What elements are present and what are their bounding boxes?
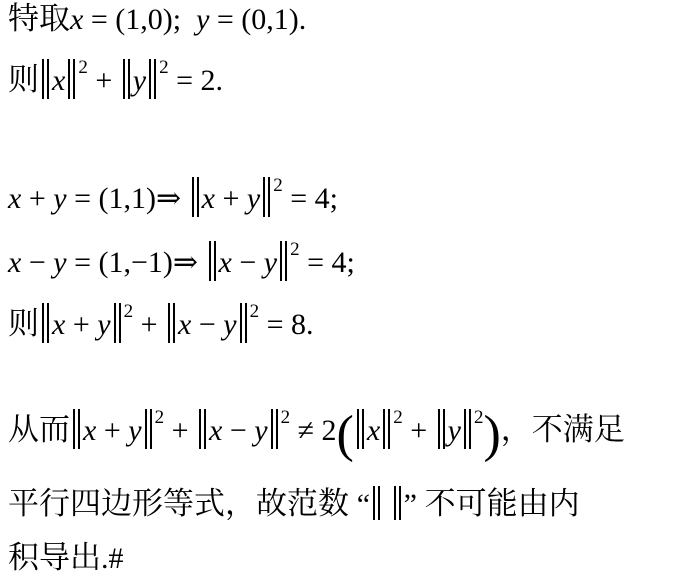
- text-segment: x: [178, 308, 191, 341]
- norm-double-bar-icon: [464, 409, 471, 449]
- text-segment: 积导出: [8, 540, 101, 575]
- formula-line-3: x + y = (1,1)⇒ x + y2 = 4;: [8, 176, 338, 217]
- text-segment: = 2.: [169, 64, 223, 97]
- text-segment: = (1,1): [67, 182, 156, 215]
- superscript: 2: [155, 407, 165, 428]
- text-segment: +: [65, 308, 97, 341]
- text-segment: = (1,−1): [67, 246, 173, 279]
- text-segment: = 4;: [300, 246, 355, 279]
- text-segment: [383, 488, 391, 521]
- text-segment: y: [133, 64, 146, 97]
- text-segment: +: [403, 414, 435, 447]
- text-segment: y: [128, 414, 141, 447]
- text-segment: x: [8, 246, 21, 279]
- norm-double-bar-icon: [168, 303, 175, 343]
- text-segment: ): [483, 406, 500, 463]
- text-segment: 则: [8, 306, 39, 341]
- norm-double-bar-icon: [123, 59, 130, 99]
- formula-line-6: 从而x + y2 + x − y2 ≠ 2(x2 + y2)，不满足: [8, 408, 625, 449]
- document-page: 特取x = (1,0); y = (0,1). 则x2 + y2 = 2. x …: [0, 0, 681, 580]
- text-segment: x: [52, 64, 65, 97]
- norm-double-bar-icon: [240, 303, 247, 343]
- norm-double-bar-icon: [42, 303, 49, 343]
- norm-double-bar-icon: [199, 409, 206, 449]
- text-segment: x: [52, 308, 65, 341]
- superscript: 2: [78, 57, 88, 78]
- text-segment: = 4;: [283, 182, 338, 215]
- text-segment: x: [209, 414, 222, 447]
- text-segment: .#: [101, 542, 124, 575]
- text-segment: −: [232, 246, 264, 279]
- text-segment: x: [70, 3, 83, 36]
- text-segment: +: [21, 182, 53, 215]
- text-segment: = (0,1).: [209, 3, 306, 36]
- norm-double-bar-icon: [68, 59, 75, 99]
- superscript: 2: [290, 239, 300, 260]
- text-segment: ”: [404, 488, 417, 521]
- text-segment: +: [215, 182, 247, 215]
- norm-double-bar-icon: [373, 486, 380, 520]
- text-segment: x: [83, 414, 96, 447]
- text-line-8: 积导出.#: [8, 541, 124, 575]
- norm-double-bar-icon: [209, 241, 216, 281]
- superscript: 2: [124, 301, 134, 322]
- text-segment: x: [367, 414, 380, 447]
- superscript: 2: [393, 407, 403, 428]
- text-segment: 则: [8, 62, 39, 97]
- text-segment: ⇒: [173, 246, 206, 279]
- text-segment: ≠ 2: [290, 414, 336, 447]
- text-segment: 特取: [8, 1, 70, 36]
- norm-double-bar-icon: [280, 241, 287, 281]
- text-segment: = (1,0);: [83, 3, 196, 36]
- superscript: 2: [159, 57, 169, 78]
- text-segment: (: [337, 406, 354, 463]
- text-segment: x: [219, 246, 232, 279]
- superscript: 2: [250, 301, 260, 322]
- text-segment: y: [53, 246, 66, 279]
- norm-double-bar-icon: [263, 177, 270, 217]
- formula-line-5: 则x + y2 + x − y2 = 8.: [8, 302, 314, 343]
- text-segment: 不可能由内: [417, 486, 580, 521]
- text-segment: +: [96, 414, 128, 447]
- text-segment: y: [448, 414, 461, 447]
- text-segment: −: [222, 414, 254, 447]
- norm-double-bar-icon: [149, 59, 156, 99]
- norm-double-bar-icon: [271, 409, 278, 449]
- formula-line-2: 则x2 + y2 = 2.: [8, 58, 223, 99]
- norm-double-bar-icon: [394, 486, 401, 520]
- norm-double-bar-icon: [192, 177, 199, 217]
- text-segment: y: [97, 308, 110, 341]
- text-segment: y: [53, 182, 66, 215]
- text-segment: ，: [501, 412, 532, 447]
- superscript: 2: [281, 407, 291, 428]
- text-segment: y: [196, 3, 209, 36]
- text-segment: = 8.: [259, 308, 313, 341]
- superscript: 2: [273, 175, 283, 196]
- norm-double-bar-icon: [114, 303, 121, 343]
- text-segment: 从而: [8, 412, 70, 447]
- text-segment: +: [164, 414, 196, 447]
- text-segment: y: [223, 308, 236, 341]
- text-segment: 平行四边形等式，故范数: [8, 486, 357, 521]
- text-segment: −: [21, 246, 53, 279]
- text-segment: y: [264, 246, 277, 279]
- text-segment: x: [8, 182, 21, 215]
- text-segment: +: [133, 308, 165, 341]
- norm-double-bar-icon: [357, 409, 364, 449]
- text-segment: 不满足: [532, 412, 625, 447]
- text-segment: +: [88, 64, 120, 97]
- text-line-7: 平行四边形等式，故范数 “ ” 不可能由内: [8, 486, 580, 521]
- norm-double-bar-icon: [73, 409, 80, 449]
- text-segment: x: [202, 182, 215, 215]
- text-segment: −: [191, 308, 223, 341]
- norm-double-bar-icon: [383, 409, 390, 449]
- norm-double-bar-icon: [438, 409, 445, 449]
- text-segment: y: [247, 182, 260, 215]
- text-segment: ⇒: [156, 182, 189, 215]
- norm-double-bar-icon: [42, 59, 49, 99]
- formula-line-4: x − y = (1,−1)⇒ x − y2 = 4;: [8, 240, 355, 281]
- text-segment: y: [254, 414, 267, 447]
- text-segment: “: [357, 488, 370, 521]
- norm-double-bar-icon: [145, 409, 152, 449]
- formula-line-1: 特取x = (1,0); y = (0,1).: [8, 2, 306, 36]
